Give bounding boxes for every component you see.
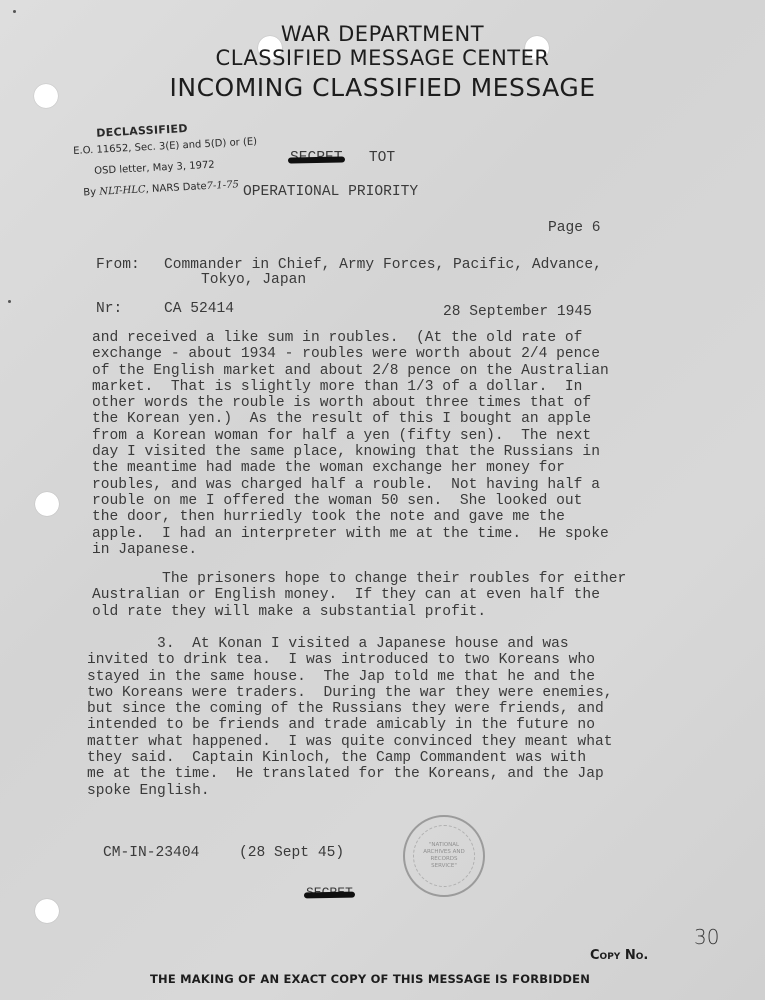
text-line: market. That is slightly more than 1/3 o… bbox=[92, 379, 732, 395]
nr-label: Nr: bbox=[96, 301, 122, 317]
text-line: spoke English. bbox=[87, 783, 612, 799]
signature: NLT-HLC bbox=[99, 184, 146, 197]
text-line: the meantime had made the woman exchange… bbox=[92, 460, 732, 476]
text-line: the Korean yen.) As the result of this I… bbox=[92, 411, 732, 427]
punch-hole bbox=[35, 899, 59, 923]
text-line: of the English market and about 2/8 penc… bbox=[92, 363, 732, 379]
nr-value: CA 52414 bbox=[164, 301, 234, 317]
text-line: Australian or English money. If they can… bbox=[92, 587, 626, 603]
text-line: rouble on me I offered the woman 50 sen.… bbox=[92, 493, 732, 509]
speck bbox=[8, 300, 11, 303]
text-line: in Japanese. bbox=[92, 542, 732, 558]
struck-secret: SECRET bbox=[306, 885, 353, 900]
from-line2: Tokyo, Japan bbox=[201, 272, 306, 288]
cm-in-number: CM-IN-23404 bbox=[103, 845, 199, 861]
priority: OPERATIONAL PRIORITY bbox=[243, 184, 418, 200]
body-paragraph-2: The prisoners hope to change their roubl… bbox=[92, 571, 626, 620]
page-number: Page 6 bbox=[548, 220, 601, 236]
text-line: old rate they will make a substantial pr… bbox=[92, 604, 626, 620]
text-line: the door, then hurriedly took the note a… bbox=[92, 509, 732, 525]
text-line: stayed in the same house. The Jap told m… bbox=[87, 669, 612, 685]
declassification-stamp: DECLASSIFIED E.O. 11652, Sec. 3(E) and 5… bbox=[72, 118, 260, 204]
archive-stamp: "NATIONAL ARCHIVES AND RECORDS SERVICE" bbox=[403, 815, 485, 897]
header-title: INCOMING CLASSIFIED MESSAGE bbox=[0, 73, 765, 102]
text-line: invited to drink tea. I was introduced t… bbox=[87, 652, 612, 668]
text-line: two Koreans were traders. During the war… bbox=[87, 685, 612, 701]
struck-classification: SECRET bbox=[290, 150, 343, 166]
header-center: CLASSIFIED MESSAGE CENTER bbox=[0, 46, 765, 70]
text-line: day I visited the same place, knowing th… bbox=[92, 444, 732, 460]
copy-label: Copy No. bbox=[590, 948, 648, 963]
text-line: The prisoners hope to change their roubl… bbox=[92, 571, 626, 587]
speck bbox=[13, 10, 16, 13]
body-paragraph-1: and received a like sum in roubles. (At … bbox=[92, 330, 732, 558]
copy-warning: THE MAKING OF AN EXACT COPY OF THIS MESS… bbox=[150, 972, 590, 986]
classification-line: SECRET TOT bbox=[290, 150, 395, 166]
text-line: matter what happened. I was quite convin… bbox=[87, 734, 612, 750]
text-line: apple. I had an interpreter with me at t… bbox=[92, 526, 732, 542]
footer-classification: SECRET bbox=[306, 885, 353, 900]
text-line: and received a like sum in roubles. (At … bbox=[92, 330, 732, 346]
text-line: roubles, and was charged half a rouble. … bbox=[92, 477, 732, 493]
stamp-inner-text: "NATIONAL ARCHIVES AND RECORDS SERVICE" bbox=[419, 842, 469, 870]
text-line: from a Korean woman for half a yen (fift… bbox=[92, 428, 732, 444]
message-date: 28 September 1945 bbox=[443, 304, 592, 320]
text-line: other words the rouble is worth about th… bbox=[92, 395, 732, 411]
text-line: they said. Captain Kinloch, the Camp Com… bbox=[87, 750, 612, 766]
document-page: WAR DEPARTMENT CLASSIFIED MESSAGE CENTER… bbox=[0, 0, 765, 1000]
text-line: me at the time. He translated for the Ko… bbox=[87, 766, 612, 782]
cm-in-date: (28 Sept 45) bbox=[239, 845, 344, 861]
copy-number: 30 bbox=[694, 925, 719, 949]
text-line: but since the coming of the Russians the… bbox=[87, 701, 612, 717]
text-line: 3. At Konan I visited a Japanese house a… bbox=[87, 636, 612, 652]
nars-label: , NARS Date bbox=[145, 181, 207, 195]
body-paragraph-3: 3. At Konan I visited a Japanese house a… bbox=[87, 636, 612, 799]
from-line1: Commander in Chief, Army Forces, Pacific… bbox=[164, 257, 602, 273]
text-line: intended to be friends and trade amicabl… bbox=[87, 717, 612, 733]
text-line: exchange - about 1934 - roubles were wor… bbox=[92, 346, 732, 362]
classification-code: TOT bbox=[369, 150, 395, 166]
by-label: By bbox=[83, 187, 96, 199]
nars-date: 7-1-75 bbox=[206, 179, 239, 192]
header-department: WAR DEPARTMENT bbox=[0, 22, 765, 46]
from-label: From: bbox=[96, 257, 140, 273]
punch-hole bbox=[35, 492, 59, 516]
